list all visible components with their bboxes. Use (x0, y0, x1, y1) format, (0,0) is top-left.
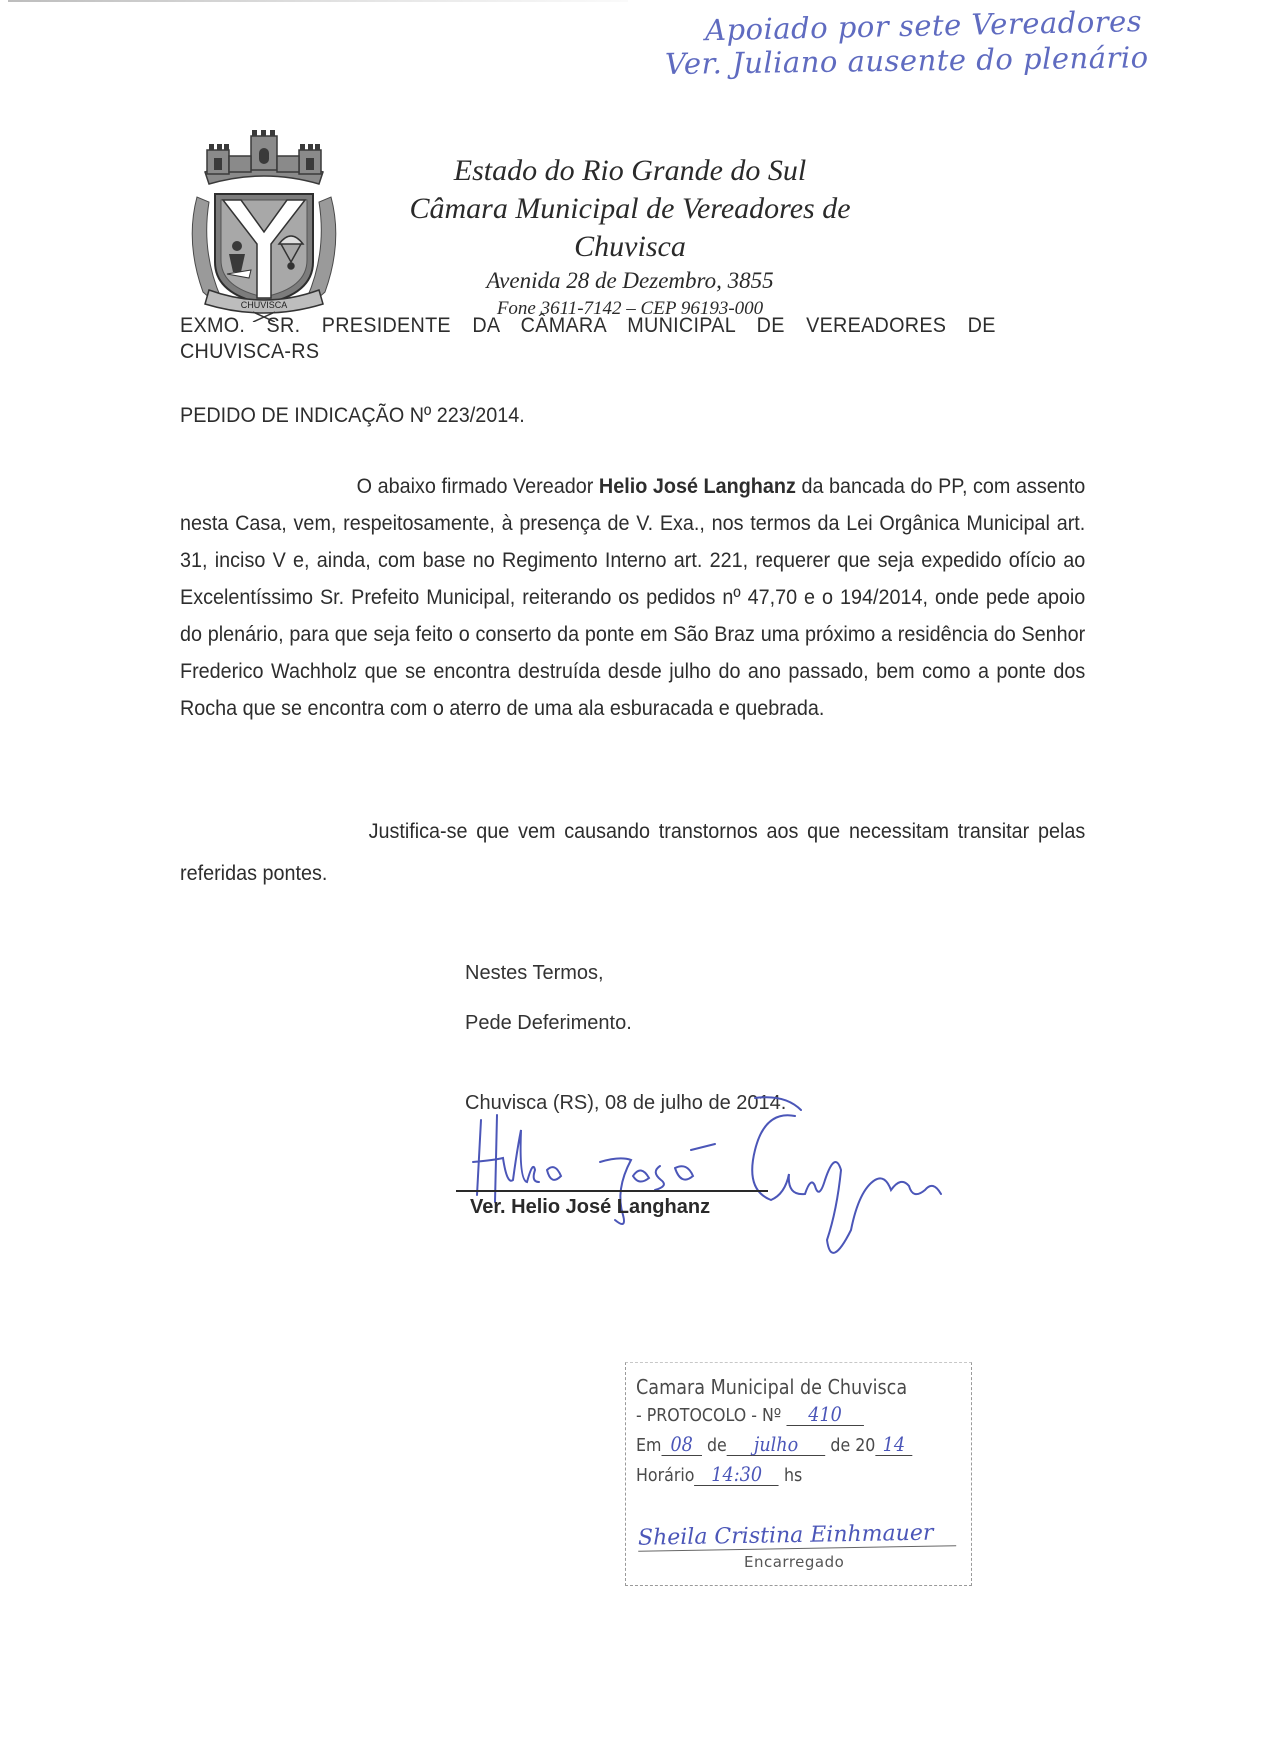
scan-edge (8, 0, 628, 2)
stamp-protocol-number: 410 (786, 1403, 863, 1426)
stamp-clerk-signature: Sheila Cristina Einhmauer (638, 1520, 956, 1552)
protocol-stamp: Camara Municipal de Chuvisca - PROTOCOLO… (625, 1362, 972, 1586)
stamp-month: julho (727, 1433, 826, 1456)
handwritten-note-line2: Ver. Juliano ausente do plenário (665, 39, 1245, 82)
closing-terms: Nestes Termos, (465, 962, 604, 985)
letterhead-address: Avenida 28 de Dezembro, 3855 (350, 266, 910, 296)
stamp-day: 08 (661, 1433, 701, 1456)
stamp-date-prefix: Em (636, 1435, 661, 1456)
stamp-time-row: Horário14:30 hs (636, 1461, 912, 1491)
handwritten-signature (455, 1090, 955, 1260)
stamp-protocol-label: - PROTOCOLO - Nº (636, 1405, 781, 1426)
body-paragraph-1: O abaixo firmado Vereador Helio José Lan… (180, 468, 1085, 727)
body-paragraph-2: Justifica-se que vem causando transtorno… (180, 810, 1085, 894)
municipal-crest-icon: CHUVISCA (183, 122, 345, 322)
stamp-title: Camara Municipal de Chuvisca (636, 1373, 912, 1401)
letterhead: Estado do Rio Grande do Sul Câmara Munic… (350, 152, 910, 322)
handwritten-note: Apoiado por sete Vereadores Ver. Juliano… (665, 8, 1245, 78)
stamp-time-label: Horário (636, 1465, 694, 1486)
stamp-time-suffix: hs (784, 1465, 802, 1486)
stamp-time: 14:30 (694, 1463, 778, 1486)
addressee: EXMO. SR. PRESIDENTE DA CÂMARA MUNICIPAL… (180, 312, 1085, 364)
stamp-year-prefix: de 20 (830, 1435, 875, 1456)
signature-line (456, 1190, 768, 1192)
stamp-year-suffix: 14 (875, 1433, 912, 1456)
addressee-line2: CHUVISCA-RS (180, 338, 1085, 364)
request-title: PEDIDO DE INDICAÇÃO Nº 223/2014. (180, 402, 1085, 428)
addressee-line1: EXMO. SR. PRESIDENTE DA CÂMARA MUNICIPAL… (180, 312, 1085, 338)
closing-request: Pede Deferimento. (465, 1012, 632, 1035)
paragraph1-lead: O abaixo firmado Vereador (357, 474, 599, 498)
stamp-protocol-row: - PROTOCOLO - Nº 410 (636, 1401, 912, 1431)
stamp-clerk-role: Encarregado (744, 1553, 844, 1571)
stamp-de-label: de (707, 1435, 727, 1456)
paragraph2-text: Justifica-se que vem causando transtorno… (180, 819, 1085, 885)
letterhead-state: Estado do Rio Grande do Sul (350, 152, 910, 190)
crest-ribbon-text: CHUVISCA (241, 300, 288, 310)
signer-printed-name: Ver. Helio José Langhanz (470, 1196, 710, 1219)
author-name: Helio José Langhanz (599, 474, 796, 498)
stamp-date-row: Em08 dejulho de 2014 (636, 1431, 912, 1461)
letterhead-institution: Câmara Municipal de Vereadores de Chuvis… (350, 190, 910, 266)
paragraph1-rest: da bancada do PP, com assento nesta Casa… (180, 474, 1085, 720)
